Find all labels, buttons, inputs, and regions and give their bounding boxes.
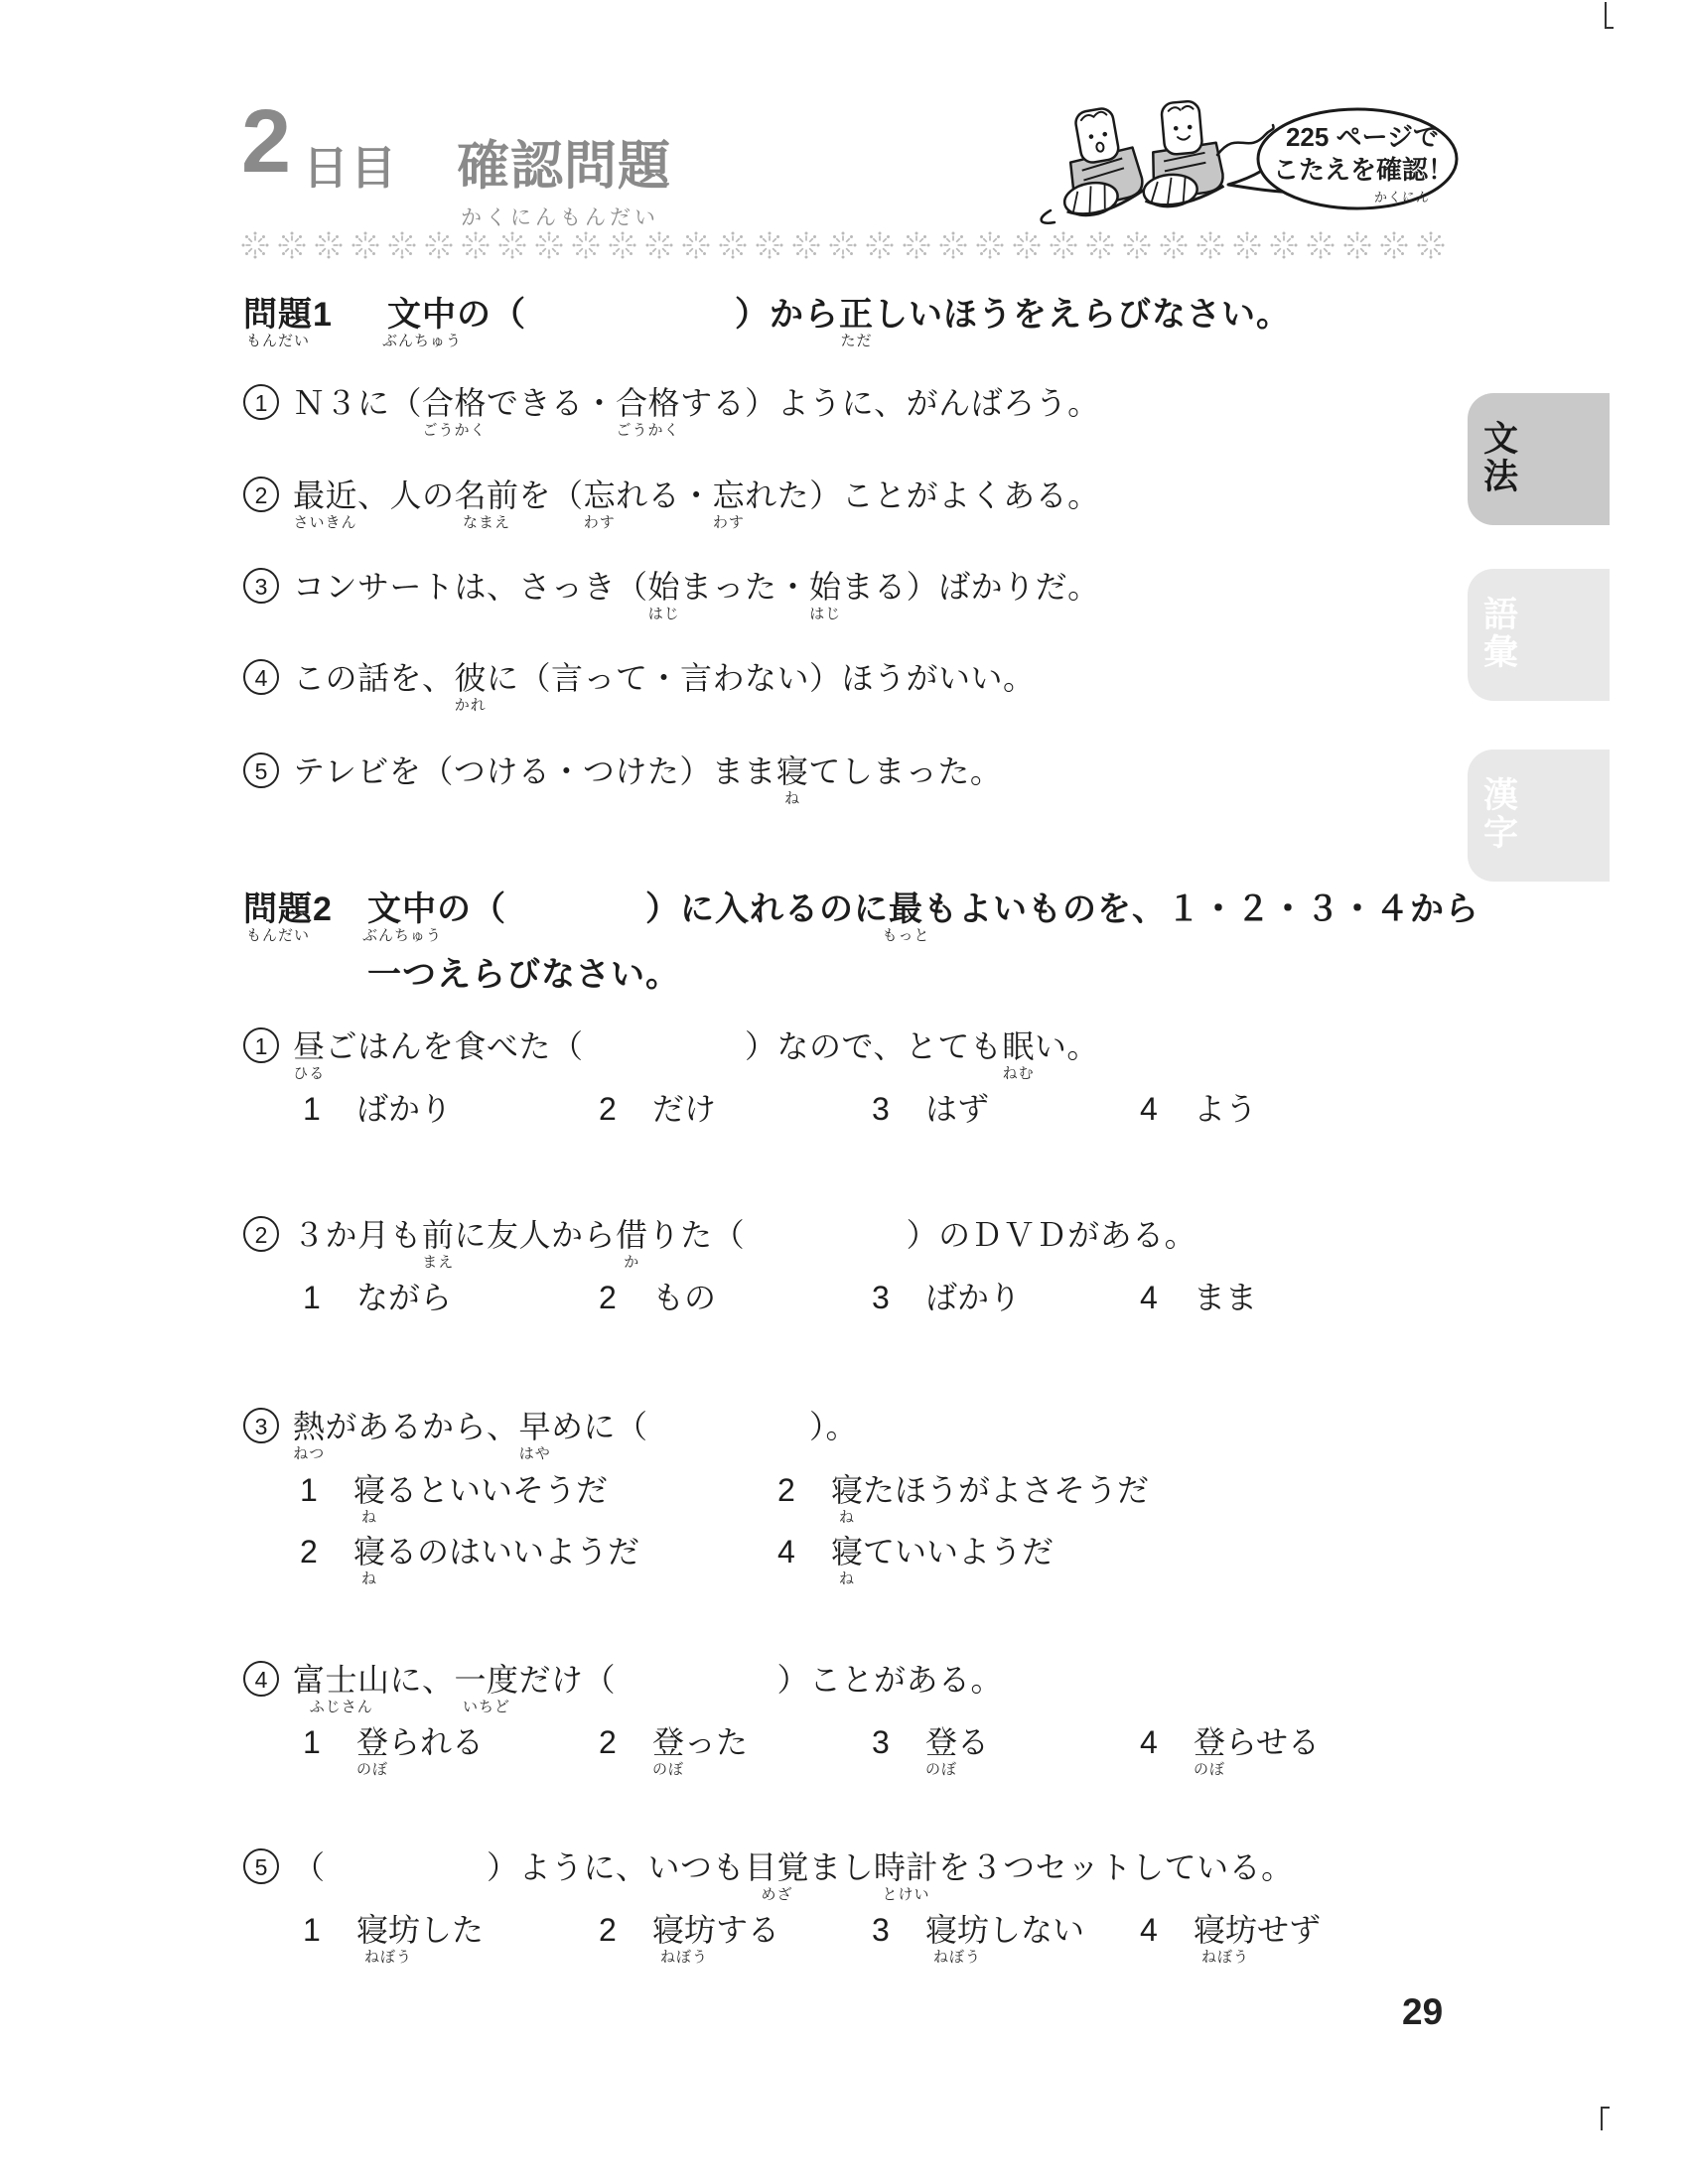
question-sentence: （ ）ように、いつも目覚めざまし時計とけいを３つセットしている。 bbox=[293, 1851, 1294, 1883]
ruby-group: 昼ひる bbox=[293, 1030, 326, 1062]
ruby-group: 登のぼ bbox=[925, 1726, 957, 1758]
option-number: 4 bbox=[777, 1536, 799, 1568]
ruby-group: 文中ぶんちゅう bbox=[387, 298, 457, 332]
flake-asterisk-icon bbox=[1233, 231, 1261, 259]
flake-asterisk-icon bbox=[939, 231, 967, 259]
furigana: ね bbox=[361, 1510, 377, 1525]
ruby-base: 目覚 bbox=[745, 1849, 809, 1885]
option-number: 4 bbox=[1140, 1282, 1162, 1313]
ruby-base: 時計 bbox=[874, 1849, 938, 1885]
ruby-base: 寝坊 bbox=[1194, 1912, 1257, 1948]
ruby-base: 寝 bbox=[353, 1534, 385, 1570]
ruby-base: 一度 bbox=[455, 1662, 519, 1698]
answer-option: 2寝ねるのはいいようだ bbox=[300, 1536, 639, 1568]
furigana: とけい bbox=[883, 1887, 930, 1902]
option-number: 2 bbox=[599, 1282, 621, 1313]
flake-asterisk-icon bbox=[278, 231, 306, 259]
option-number: 2 bbox=[599, 1914, 621, 1946]
option-number: 3 bbox=[872, 1726, 894, 1758]
furigana: わす bbox=[584, 515, 616, 530]
option-label: まま bbox=[1194, 1280, 1257, 1315]
ruby-group: 寝坊ねぼう bbox=[925, 1914, 989, 1946]
ruby-group: 登のぼ bbox=[652, 1726, 684, 1758]
ruby-group: 寝ね bbox=[353, 1536, 385, 1568]
option-label: だけ bbox=[652, 1091, 716, 1127]
ruby-base: 寝 bbox=[776, 753, 809, 789]
problem-instruction: 一つえらびなさい。 bbox=[367, 958, 680, 992]
ruby-group: 彼かれ bbox=[455, 662, 488, 694]
furigana: はや bbox=[519, 1446, 551, 1461]
option-number: 3 bbox=[872, 1282, 894, 1313]
side-tab-kanji: 漢字 bbox=[1468, 750, 1610, 882]
flake-asterisk-icon bbox=[572, 231, 600, 259]
answer-option: 4登のぼらせる bbox=[1140, 1726, 1320, 1758]
furigana: ねつ bbox=[293, 1446, 325, 1461]
option-number: 4 bbox=[1140, 1093, 1162, 1125]
furigana: のぼ bbox=[1194, 1762, 1225, 1777]
flake-asterisk-icon bbox=[1270, 231, 1298, 259]
option-label: ながら bbox=[356, 1280, 452, 1315]
furigana: ひる bbox=[293, 1066, 325, 1081]
furigana: いちど bbox=[463, 1700, 510, 1714]
ruby-base: 問題 bbox=[243, 890, 313, 928]
ruby-base: 忘 bbox=[713, 478, 746, 513]
answer-option: 3寝坊ねぼうしない bbox=[872, 1914, 1084, 1946]
answer-option: 2もの bbox=[599, 1282, 716, 1313]
problem-label: 問題もんだい1 bbox=[243, 298, 333, 332]
ruby-group: 寝ね bbox=[353, 1474, 385, 1506]
tab-character: 法 bbox=[1483, 459, 1518, 496]
furigana: なまえ bbox=[463, 515, 510, 530]
ruby-group: 忘わす bbox=[713, 479, 746, 511]
furigana: ねぼう bbox=[364, 1950, 412, 1965]
crop-mark-bottom-icon bbox=[1601, 2107, 1610, 2130]
furigana: はじ bbox=[648, 607, 680, 621]
ruby-base: 登 bbox=[1194, 1724, 1225, 1760]
furigana: ねぼう bbox=[1201, 1950, 1249, 1965]
ruby-base: 正 bbox=[839, 296, 874, 334]
flake-asterisk-icon bbox=[903, 231, 930, 259]
flake-asterisk-icon bbox=[1013, 231, 1041, 259]
question-number: 5 bbox=[243, 752, 279, 788]
option-number: 1 bbox=[303, 1726, 325, 1758]
furigana: ぶんちゅう bbox=[382, 334, 462, 348]
furigana: わす bbox=[713, 515, 745, 530]
side-tab-grammar: 文法 bbox=[1468, 393, 1610, 525]
option-number: 4 bbox=[1140, 1914, 1162, 1946]
furigana: もんだい bbox=[246, 928, 310, 943]
ruby-base: 眠 bbox=[1002, 1028, 1035, 1064]
option-label: 登のぼらせる bbox=[1194, 1724, 1320, 1760]
question-sentence: 最近さいきん、人の名前なまえを（忘わすれる・忘わすれた）ことがよくある。 bbox=[293, 479, 1100, 511]
option-number: 1 bbox=[303, 1914, 325, 1946]
question-sentence: 熱ねつがあるから、早はやめに（ ）。 bbox=[293, 1411, 858, 1442]
option-label: 寝坊ねぼうする bbox=[652, 1912, 779, 1948]
ruby-group: 始はじ bbox=[809, 571, 842, 603]
ruby-base: 登 bbox=[925, 1724, 957, 1760]
ruby-group: 問題もんだい bbox=[243, 298, 313, 332]
answer-option: 1ばかり bbox=[303, 1093, 452, 1125]
flake-asterisk-icon bbox=[609, 231, 636, 259]
flake-asterisk-icon bbox=[1123, 231, 1151, 259]
ruby-base: 忘 bbox=[584, 478, 617, 513]
ruby-base: 最 bbox=[889, 890, 923, 928]
question-sentence: コンサートは、さっき（始はじまった・始はじまる）ばかりだ。 bbox=[293, 571, 1100, 603]
answer-option: 3登のぼる bbox=[872, 1726, 989, 1758]
tab-character: 語 bbox=[1483, 597, 1518, 634]
option-label: 寝ねるのはいいようだ bbox=[353, 1534, 639, 1570]
option-number: 3 bbox=[872, 1093, 894, 1125]
option-label: 寝ねるといいそうだ bbox=[353, 1472, 608, 1508]
tab-character: 文 bbox=[1483, 421, 1518, 459]
option-label: ばかり bbox=[356, 1091, 452, 1127]
ruby-base: 登 bbox=[652, 1724, 684, 1760]
crop-mark-top-icon bbox=[1605, 2, 1614, 29]
option-label: 寝坊ねぼうしない bbox=[925, 1912, 1084, 1948]
ruby-base: 寝 bbox=[353, 1472, 385, 1508]
flake-asterisk-icon bbox=[645, 231, 673, 259]
furigana: のぼ bbox=[652, 1762, 684, 1777]
furigana: ねむ bbox=[1003, 1066, 1035, 1081]
ruby-group: 寝坊ねぼう bbox=[356, 1914, 420, 1946]
ruby-group: 目覚めざ bbox=[745, 1851, 809, 1883]
furigana: もっと bbox=[882, 928, 929, 943]
option-label: はず bbox=[925, 1091, 989, 1127]
furigana: ね bbox=[361, 1571, 377, 1586]
page-number: 29 bbox=[1402, 1991, 1443, 2033]
furigana: ごうかく bbox=[617, 423, 680, 438]
answer-option: 4寝ねていいようだ bbox=[777, 1536, 1054, 1568]
question-number: 4 bbox=[243, 1661, 279, 1697]
option-label: 寝ねていいようだ bbox=[831, 1534, 1054, 1570]
furigana: ねぼう bbox=[933, 1950, 981, 1965]
ruby-group: 寝坊ねぼう bbox=[1194, 1914, 1257, 1946]
flake-asterisk-icon bbox=[1196, 231, 1224, 259]
question-number: 3 bbox=[243, 1408, 279, 1443]
answer-option: 4まま bbox=[1140, 1282, 1257, 1313]
flake-asterisk-icon bbox=[1380, 231, 1408, 259]
answer-option: 2寝ねたほうがよさそうだ bbox=[777, 1474, 1149, 1506]
flake-asterisk-icon bbox=[1417, 231, 1445, 259]
option-label: 寝ねたほうがよさそうだ bbox=[831, 1472, 1149, 1508]
answer-option: 2寝坊ねぼうする bbox=[599, 1914, 779, 1946]
ruby-group: 寝ね bbox=[776, 755, 809, 787]
furigana: さいきん bbox=[293, 515, 356, 530]
flake-asterisk-icon bbox=[829, 231, 857, 259]
bubble-line2: こたえを確認かくにん！ bbox=[1273, 154, 1452, 187]
ruby-base: 始 bbox=[809, 569, 842, 605]
ruby-group: 忘わす bbox=[584, 479, 617, 511]
tab-character: 彙 bbox=[1483, 634, 1518, 672]
ruby-group: 借か bbox=[616, 1219, 648, 1251]
ruby-group: 合格ごうかく bbox=[616, 387, 680, 419]
answer-option: 1寝坊ねぼうした bbox=[303, 1914, 484, 1946]
ruby-base: 前 bbox=[422, 1217, 455, 1253]
ruby-base: 寝 bbox=[831, 1472, 863, 1508]
ruby-base: 名前 bbox=[455, 478, 519, 513]
flake-asterisk-icon bbox=[535, 231, 563, 259]
ruby-base: 寝坊 bbox=[652, 1912, 716, 1948]
ruby-base: 合格 bbox=[616, 385, 680, 421]
ruby-group: 最近さいきん bbox=[293, 479, 357, 511]
furigana: ねぼう bbox=[660, 1950, 708, 1965]
problem-instruction: 文中ぶんちゅうの（ ）に入れるのに最もっともよいものを、１・２・３・４から bbox=[367, 892, 1479, 926]
ruby-base: 文中 bbox=[387, 296, 457, 334]
question-sentence: 富士山ふじさんに、一度いちどだけ（ ）ことがある。 bbox=[293, 1664, 1003, 1696]
flake-asterisk-icon bbox=[352, 231, 379, 259]
ruby-base: 寝坊 bbox=[356, 1912, 420, 1948]
furigana: ね bbox=[784, 791, 800, 806]
option-number: 1 bbox=[300, 1474, 322, 1506]
ruby-base: 始 bbox=[648, 569, 681, 605]
option-number: 3 bbox=[872, 1914, 894, 1946]
ruby-base: 問題 bbox=[243, 296, 313, 334]
answer-option: 4よう bbox=[1140, 1093, 1257, 1125]
furigana: かれ bbox=[455, 698, 487, 713]
furigana: ただ bbox=[840, 334, 872, 348]
ruby-group: 寝ね bbox=[831, 1474, 863, 1506]
divider-row bbox=[241, 231, 1445, 259]
question-number: 1 bbox=[243, 1027, 279, 1063]
furigana: か bbox=[624, 1255, 639, 1270]
flake-asterisk-icon bbox=[1160, 231, 1188, 259]
ruby-base: 合格 bbox=[422, 385, 487, 421]
option-number: 2 bbox=[300, 1536, 322, 1568]
flake-asterisk-icon bbox=[1307, 231, 1335, 259]
problem-instruction: 文中ぶんちゅうの（ ）から正ただしいほうをえらびなさい。 bbox=[387, 298, 1291, 332]
option-number: 1 bbox=[303, 1282, 325, 1313]
option-label: ばかり bbox=[925, 1280, 1021, 1315]
ruby-base: 借 bbox=[616, 1217, 648, 1253]
ruby-group: 問題もんだい bbox=[243, 892, 313, 926]
question-number: 3 bbox=[243, 568, 279, 604]
ruby-group: 最もっと bbox=[889, 892, 923, 926]
day-suffix-label: 日目 bbox=[303, 145, 398, 191]
option-number: 4 bbox=[1140, 1726, 1162, 1758]
ruby-group: 一度いちど bbox=[455, 1664, 519, 1696]
tab-label: 語彙 bbox=[1483, 597, 1518, 672]
answer-option: 1寝ねるといいそうだ bbox=[300, 1474, 608, 1506]
question-number: 1 bbox=[243, 384, 279, 420]
ruby-base: 昼 bbox=[293, 1028, 326, 1064]
answer-option: 1登のぼられる bbox=[303, 1726, 484, 1758]
furigana: ぶんちゅう bbox=[362, 928, 442, 943]
answer-option: 2登のぼった bbox=[599, 1726, 748, 1758]
question-number: 2 bbox=[243, 477, 279, 512]
ruby-group: 寝坊ねぼう bbox=[652, 1914, 716, 1946]
flake-asterisk-icon bbox=[388, 231, 416, 259]
flake-asterisk-icon bbox=[1343, 231, 1371, 259]
option-label: もの bbox=[652, 1280, 716, 1315]
furigana: かくにん bbox=[1374, 181, 1430, 213]
ruby-group: 富士山ふじさん bbox=[293, 1664, 390, 1696]
ruby-base: 文中 bbox=[367, 890, 437, 928]
ruby-base: 早 bbox=[519, 1409, 552, 1444]
ruby-base: 熱 bbox=[293, 1409, 326, 1444]
flake-asterisk-icon bbox=[719, 231, 747, 259]
question-sentence: ３か月も前まえに友人から借かりた（ ）のＤＶＤがある。 bbox=[293, 1219, 1196, 1251]
furigana: のぼ bbox=[925, 1762, 957, 1777]
question-number: 5 bbox=[243, 1848, 279, 1884]
flake-asterisk-icon bbox=[866, 231, 894, 259]
speech-bubble-text: 225 ページで こたえを確認かくにん！ bbox=[1273, 121, 1452, 187]
problem-label: 問題もんだい2 bbox=[243, 892, 333, 926]
option-label: 登のぼった bbox=[652, 1724, 748, 1760]
ruby-group: 前まえ bbox=[422, 1219, 455, 1251]
ruby-group: 合格ごうかく bbox=[422, 387, 487, 419]
ruby-group: 熱ねつ bbox=[293, 1411, 326, 1442]
answer-option: 3はず bbox=[872, 1093, 989, 1125]
option-label: 登のぼる bbox=[925, 1724, 989, 1760]
furigana: めざ bbox=[762, 1887, 793, 1902]
answer-option: 4寝坊ねぼうせず bbox=[1140, 1914, 1321, 1946]
ruby-group: 始はじ bbox=[648, 571, 681, 603]
ruby-base: 最近 bbox=[293, 478, 357, 513]
furigana: ね bbox=[839, 1571, 855, 1586]
option-number: 2 bbox=[599, 1093, 621, 1125]
furigana: ふじさん bbox=[310, 1700, 373, 1714]
question-sentence: この話を、彼かれに（言って・言わない）ほうがいい。 bbox=[293, 662, 1036, 694]
ruby-base: 寝坊 bbox=[925, 1912, 989, 1948]
option-label: 寝坊ねぼうせず bbox=[1194, 1912, 1321, 1948]
furigana: もんだい bbox=[246, 334, 310, 348]
side-tab-vocabulary: 語彙 bbox=[1468, 569, 1610, 701]
furigana: まえ bbox=[422, 1255, 454, 1270]
answer-option: 3ばかり bbox=[872, 1282, 1021, 1313]
ruby-group: 登のぼ bbox=[356, 1726, 388, 1758]
flake-asterisk-icon bbox=[241, 231, 269, 259]
ruby-group: 早はや bbox=[519, 1411, 552, 1442]
flake-asterisk-icon bbox=[976, 231, 1004, 259]
ruby-base: 登 bbox=[356, 1724, 388, 1760]
ruby-base: 彼 bbox=[455, 660, 488, 696]
bubble-line1: 225 ページで bbox=[1273, 121, 1452, 154]
page-title-furigana: かくにんもんだい bbox=[461, 202, 659, 231]
day-number: 2 bbox=[241, 97, 291, 187]
question-sentence: テレビを（つける・つけた）まま寝ねてしまった。 bbox=[293, 755, 1002, 787]
flake-asterisk-icon bbox=[425, 231, 453, 259]
option-label: 寝坊ねぼうした bbox=[356, 1912, 484, 1948]
tab-label: 文法 bbox=[1483, 421, 1518, 496]
option-number: 1 bbox=[303, 1093, 325, 1125]
answer-option: 2だけ bbox=[599, 1093, 716, 1125]
ruby-group: 登のぼ bbox=[1194, 1726, 1225, 1758]
flake-asterisk-icon bbox=[462, 231, 490, 259]
flake-asterisk-icon bbox=[315, 231, 343, 259]
question-number: 2 bbox=[243, 1216, 279, 1252]
flake-asterisk-icon bbox=[682, 231, 710, 259]
flake-asterisk-icon bbox=[1050, 231, 1077, 259]
ruby-group: 正ただ bbox=[839, 298, 874, 332]
textbook-page: 2 日目 確認問題 かくにんもんだい bbox=[0, 0, 1688, 2184]
furigana: のぼ bbox=[356, 1762, 388, 1777]
ruby-group: 名前なまえ bbox=[455, 479, 519, 511]
ruby-group: 時計とけい bbox=[874, 1851, 938, 1883]
tab-label: 漢字 bbox=[1483, 777, 1518, 853]
flake-asterisk-icon bbox=[498, 231, 526, 259]
furigana: ごうかく bbox=[423, 423, 487, 438]
flake-asterisk-icon bbox=[1086, 231, 1114, 259]
option-label: 登のぼられる bbox=[356, 1724, 484, 1760]
option-number: 2 bbox=[777, 1474, 799, 1506]
ruby-group: 眠ねむ bbox=[1002, 1030, 1035, 1062]
question-number: 4 bbox=[243, 659, 279, 695]
ruby-base: 寝 bbox=[831, 1534, 863, 1570]
ruby-group: 文中ぶんちゅう bbox=[367, 892, 437, 926]
tab-character: 漢 bbox=[1483, 777, 1518, 815]
furigana: はじ bbox=[809, 607, 841, 621]
flake-asterisk-icon bbox=[756, 231, 783, 259]
ruby-group: 確認かくにん bbox=[1376, 154, 1428, 187]
option-label: よう bbox=[1194, 1091, 1257, 1127]
furigana: ね bbox=[839, 1510, 855, 1525]
question-sentence: Ｎ３に（合格ごうかくできる・合格ごうかくする）ように、がんばろう。 bbox=[293, 387, 1100, 419]
answer-option: 1ながら bbox=[303, 1282, 452, 1313]
tab-character: 字 bbox=[1483, 815, 1518, 853]
option-number: 2 bbox=[599, 1726, 621, 1758]
question-sentence: 昼ひるごはんを食べた（ ）なので、とても眠ねむい。 bbox=[293, 1030, 1099, 1062]
page-title: 確認問題 bbox=[457, 140, 671, 193]
ruby-group: 寝ね bbox=[831, 1536, 863, 1568]
flake-asterisk-icon bbox=[792, 231, 820, 259]
ruby-base: 富士山 bbox=[293, 1662, 390, 1698]
